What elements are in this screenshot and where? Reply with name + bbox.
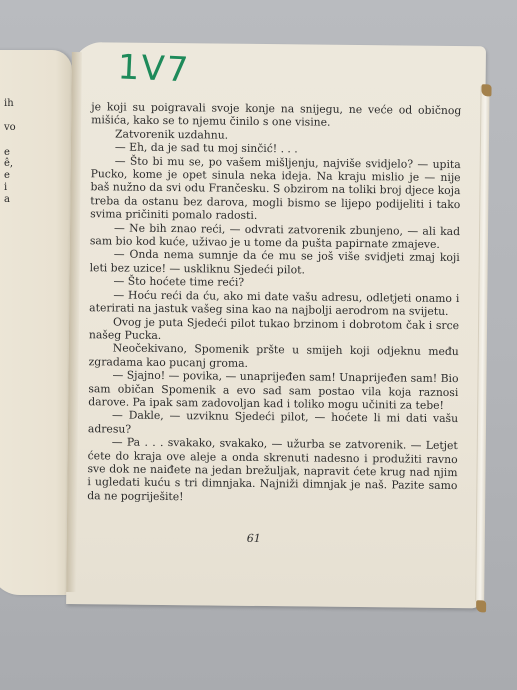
paragraph: — Ne bih znao reći, — odvrati zatvorenik… xyxy=(90,221,460,252)
left-page-fragment: e xyxy=(4,170,10,182)
paragraph: Neočekivano, Spomenik pršte u smijeh koj… xyxy=(89,342,459,373)
page-fore-edge xyxy=(475,86,489,601)
left-page-fragment: i xyxy=(4,182,7,194)
left-page-fragment: vo xyxy=(4,122,16,134)
handwritten-annotation: 1V7 xyxy=(117,47,191,90)
paragraph: — Sjajno! — povika, — unaprijeđen sam! U… xyxy=(88,368,458,412)
body-text: je koji su poigravali svoje konje na sni… xyxy=(87,100,461,506)
paragraph: — Pa . . . svakako, svakako, — užurba se… xyxy=(87,435,458,506)
paragraph: — Hoću reći da ću, ako mi date vašu adre… xyxy=(89,288,459,319)
corner-wear-bottom xyxy=(476,600,486,612)
right-page: 1V7 je koji su poigravali svoje konje na… xyxy=(66,42,486,608)
paragraph: — Što bi mu se, po vašem mišljenju, najv… xyxy=(90,154,461,225)
left-page-fragment: ê, xyxy=(4,158,13,170)
left-page-fragment: a xyxy=(4,194,10,206)
page-number: 61 xyxy=(247,532,261,545)
left-page-fragment: ih xyxy=(4,98,14,110)
paragraph: — Onda nema sumnje da će mu se još više … xyxy=(90,248,460,279)
paragraph: Ovog je puta Sjedeći pilot tukao brzinom… xyxy=(89,315,459,346)
paragraph: — Dakle, — uzviknu Sjedeći pilot, — hoće… xyxy=(88,409,458,440)
paragraph: je koji su poigravali svoje konje na sni… xyxy=(91,100,461,131)
left-page: ih vo e ê, e i a xyxy=(0,50,72,595)
corner-wear-top xyxy=(481,84,491,96)
